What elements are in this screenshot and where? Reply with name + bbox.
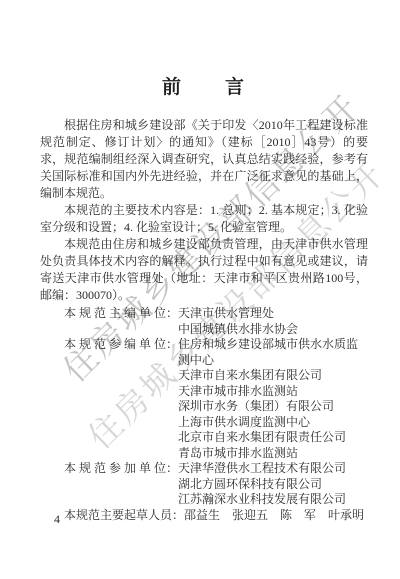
section-items: 住房和城乡建设部城市供水水质监测中心天津市自来水集团有限公司天津市城市排水监测站… — [178, 337, 368, 461]
unit-item: 天津市供水管理处 — [178, 306, 368, 322]
credits-section-row: 本规范主要起草人员：邵益生 张迎五 陈 军 叶承明 — [40, 508, 368, 524]
document-body: 前 言 根据住房和城乡建设部《关于印发〈2010年工程建设标准规范制定、修订计划… — [40, 72, 368, 523]
unit-item: 天津市城市排水监测站 — [178, 384, 368, 400]
unit-item: 湖北方圆环保科技有限公司 — [178, 477, 368, 493]
paragraph: 本规范由住房和城乡建设部负责管理，由天津市供水管理处负责具体技术内容的解释。执行… — [40, 236, 368, 304]
section-label: 本规范主要起草人员： — [40, 508, 184, 524]
unit-item: 青岛市城市排水监测站 — [178, 446, 368, 462]
page-title: 前 言 — [40, 72, 368, 99]
unit-item: 中国城镇供水排水协会 — [178, 322, 368, 338]
unit-item: 住房和城乡建设部城市供水水质监测中心 — [178, 337, 368, 368]
section-items: 天津华澄供水工程技术有限公司湖北方圆环保科技有限公司江苏瀚深水业科技发展有限公司 — [178, 461, 368, 508]
unit-item: 天津华澄供水工程技术有限公司 — [178, 461, 368, 477]
credits-sections: 本 规 范 主 编 单 位：天津市供水管理处中国城镇供水排水协会本 规 范 参 … — [40, 306, 368, 523]
unit-item: 邵益生 张迎五 陈 军 叶承明 — [184, 508, 368, 524]
document-page: 住房城乡建设部信息公开 住房城乡建设部信息公开 前 言 根据住房和城乡建设部《关… — [0, 0, 400, 579]
unit-item: 江苏瀚深水业科技发展有限公司 — [178, 492, 368, 508]
credits-section-row: 本 规 范 参 编 单 位：住房和城乡建设部城市供水水质监测中心天津市自来水集团… — [40, 337, 368, 461]
unit-item: 北京市自来水集团有限责任公司 — [178, 430, 368, 446]
credits-section-row: 本 规 范 主 编 单 位：天津市供水管理处中国城镇供水排水协会 — [40, 306, 368, 337]
section-items: 邵益生 张迎五 陈 军 叶承明 — [184, 508, 368, 524]
section-items: 天津市供水管理处中国城镇供水排水协会 — [178, 306, 368, 337]
unit-item: 上海市供水调度监测中心 — [178, 415, 368, 431]
unit-item: 深圳市水务（集团）有限公司 — [178, 399, 368, 415]
paragraph: 本规范的主要技术内容是：1. 总则；2. 基本规定；3. 化验室分级和设置；4.… — [40, 202, 368, 236]
unit-item: 天津市自来水集团有限公司 — [178, 368, 368, 384]
preface-paragraphs: 根据住房和城乡建设部《关于印发〈2010年工程建设标准规范制定、修订计划〉的通知… — [40, 117, 368, 304]
section-label: 本 规 范 参 编 单 位： — [40, 337, 178, 353]
credits-section-row: 本 规 范 参 加 单 位：天津华澄供水工程技术有限公司湖北方圆环保科技有限公司… — [40, 461, 368, 508]
page-number: 4 — [54, 512, 60, 527]
section-label: 本 规 范 主 编 单 位： — [40, 306, 178, 322]
section-label: 本 规 范 参 加 单 位： — [40, 461, 178, 477]
paragraph: 根据住房和城乡建设部《关于印发〈2010年工程建设标准规范制定、修订计划〉的通知… — [40, 117, 368, 202]
